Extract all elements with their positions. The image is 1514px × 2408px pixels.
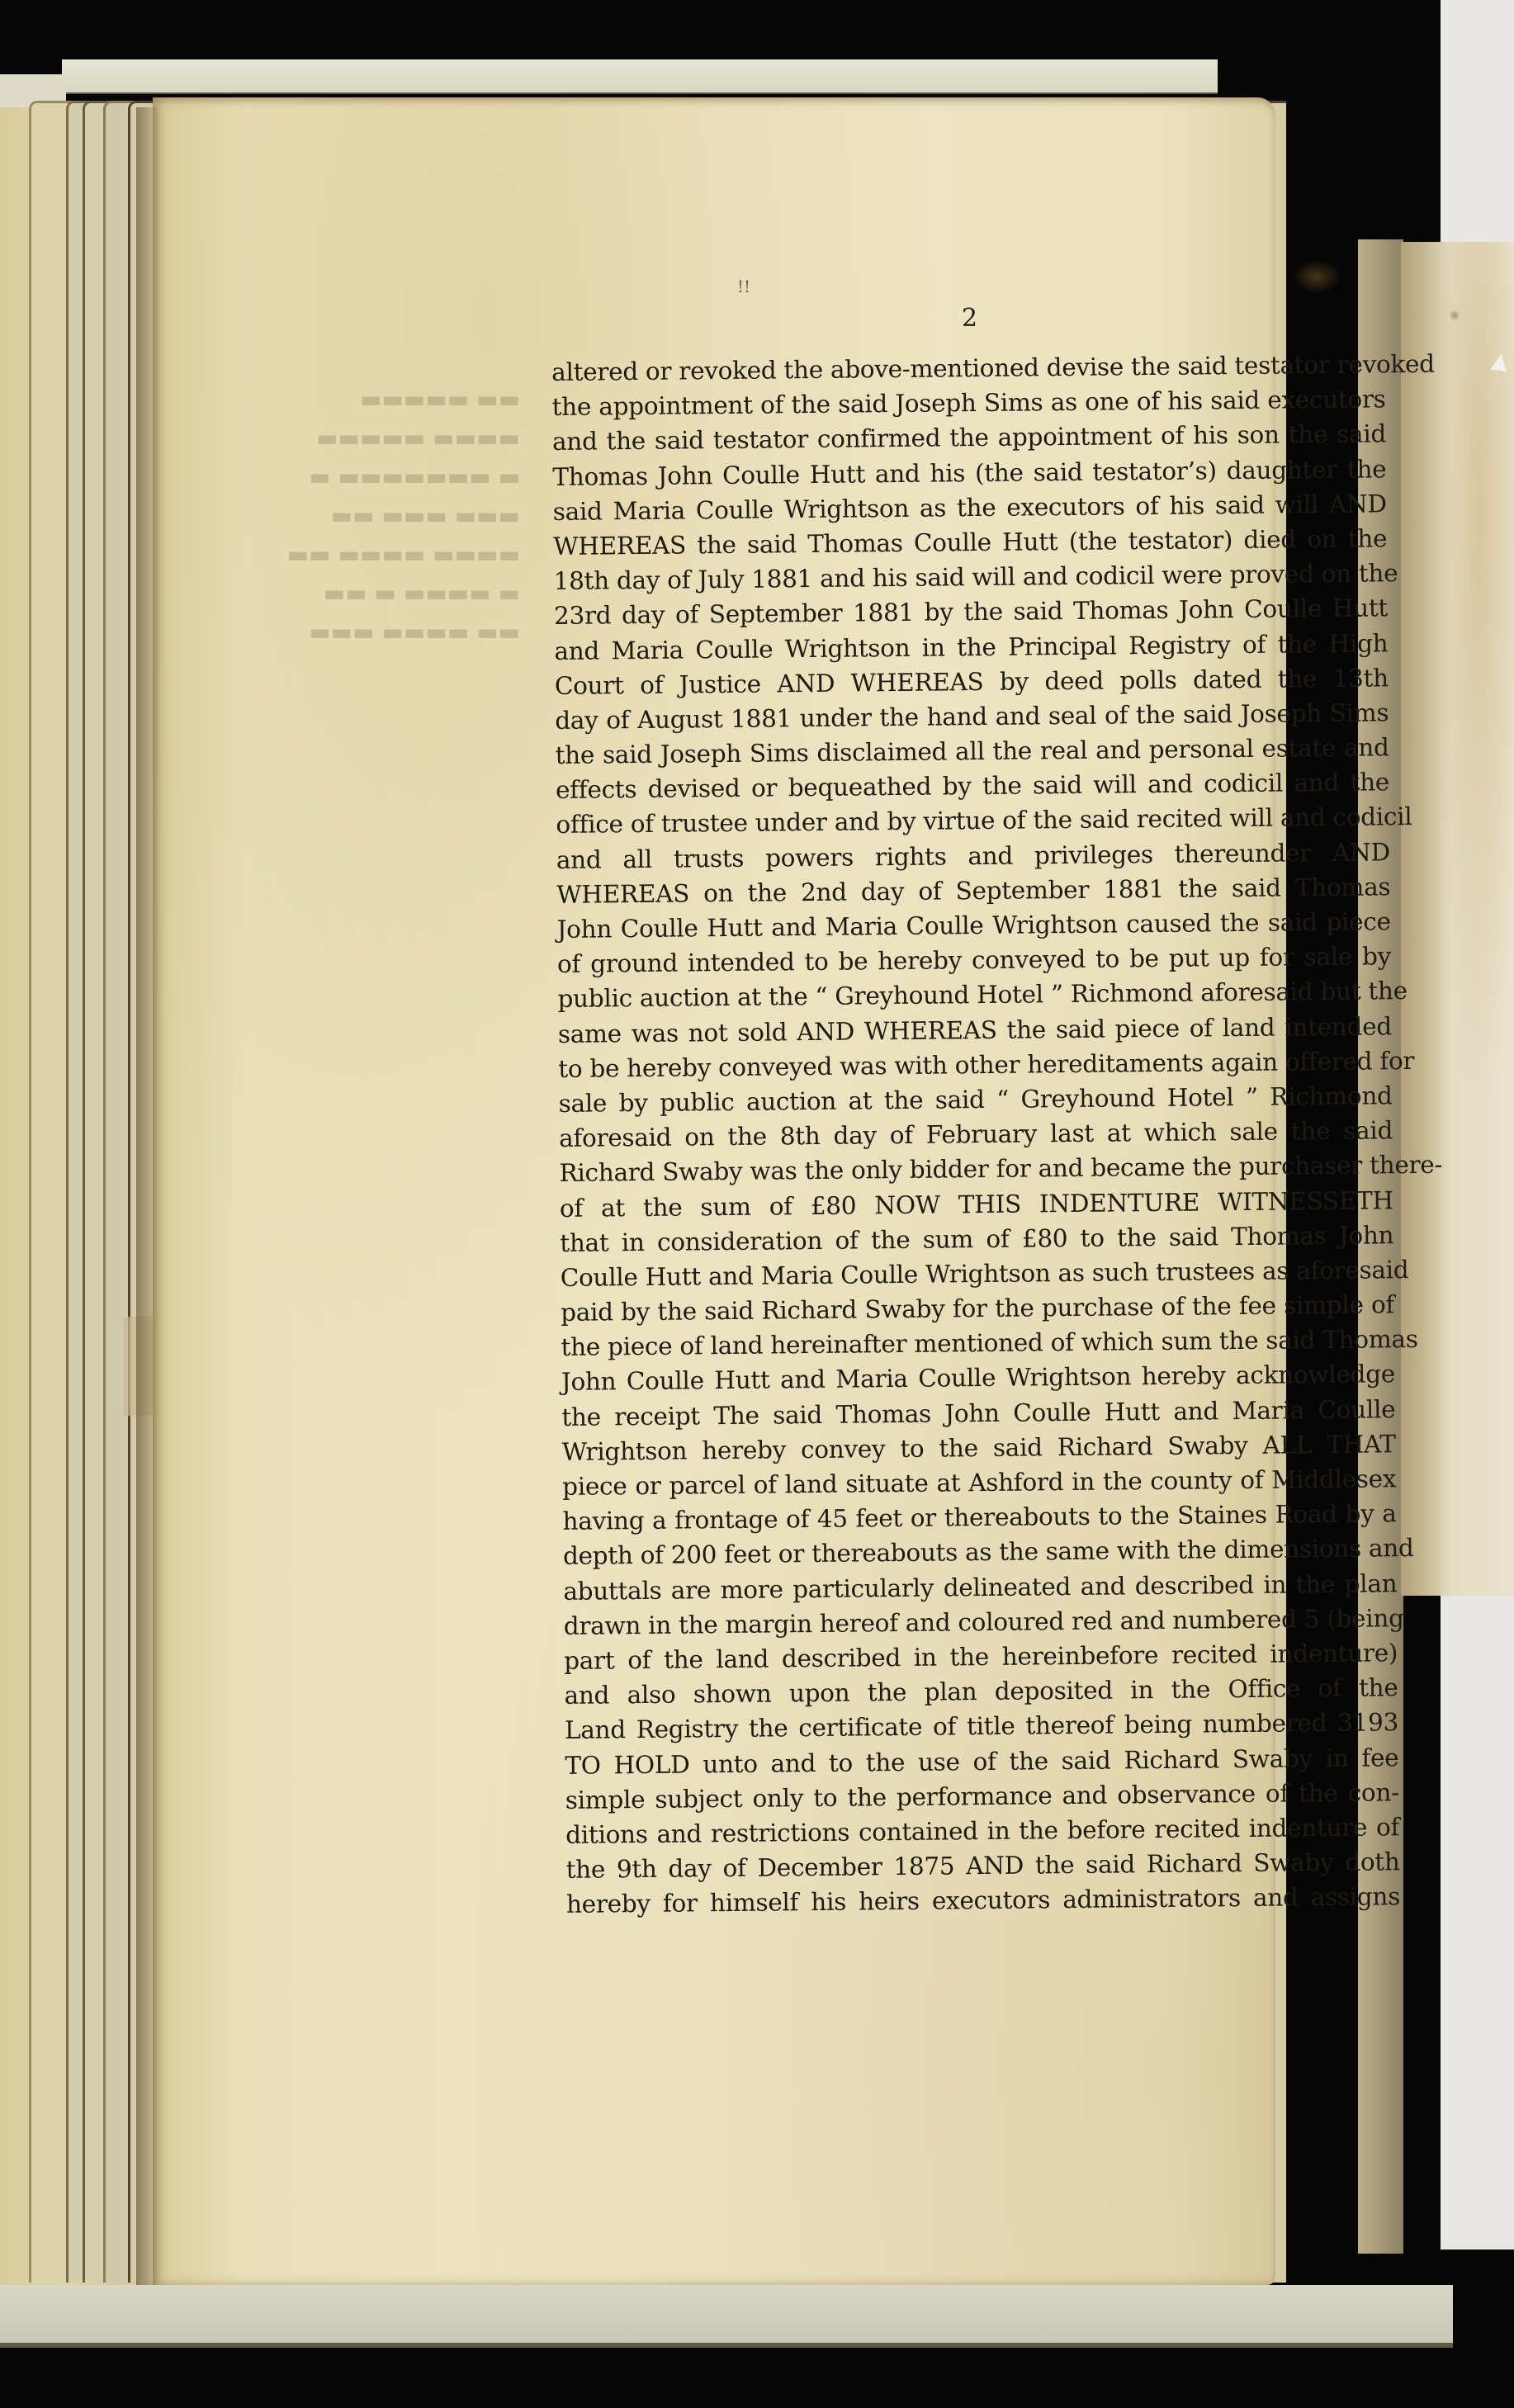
ink-stain [1292,260,1341,293]
page-number: 2 [962,304,977,333]
right-aged-strip [1401,242,1514,1596]
pencil-mark: !! [737,277,750,296]
top-paper-strip [62,59,1218,94]
tear-mark-icon: ▲ [1484,345,1514,380]
rust-spot [1449,310,1460,321]
document-body: altered or revoked the above-mentioned d… [551,347,1400,1922]
bleed-through-text: ▬▬ ▬▬▬▬▬▬▬▬▬ ▬▬▬▬▬▬ ▬▬▬▬▬▬▬ ▬▬▬▬ ▬▬▬ ▬▬▬… [272,380,520,651]
bottom-page-edge [0,2285,1453,2348]
gutter-shadow [136,107,161,2287]
scanned-document-scene: ▲ ▬▬ ▬▬▬▬▬▬▬▬▬ ▬▬▬▬▬▬ ▬▬▬▬▬▬▬ ▬▬▬▬ ▬▬▬ ▬… [0,0,1514,2408]
